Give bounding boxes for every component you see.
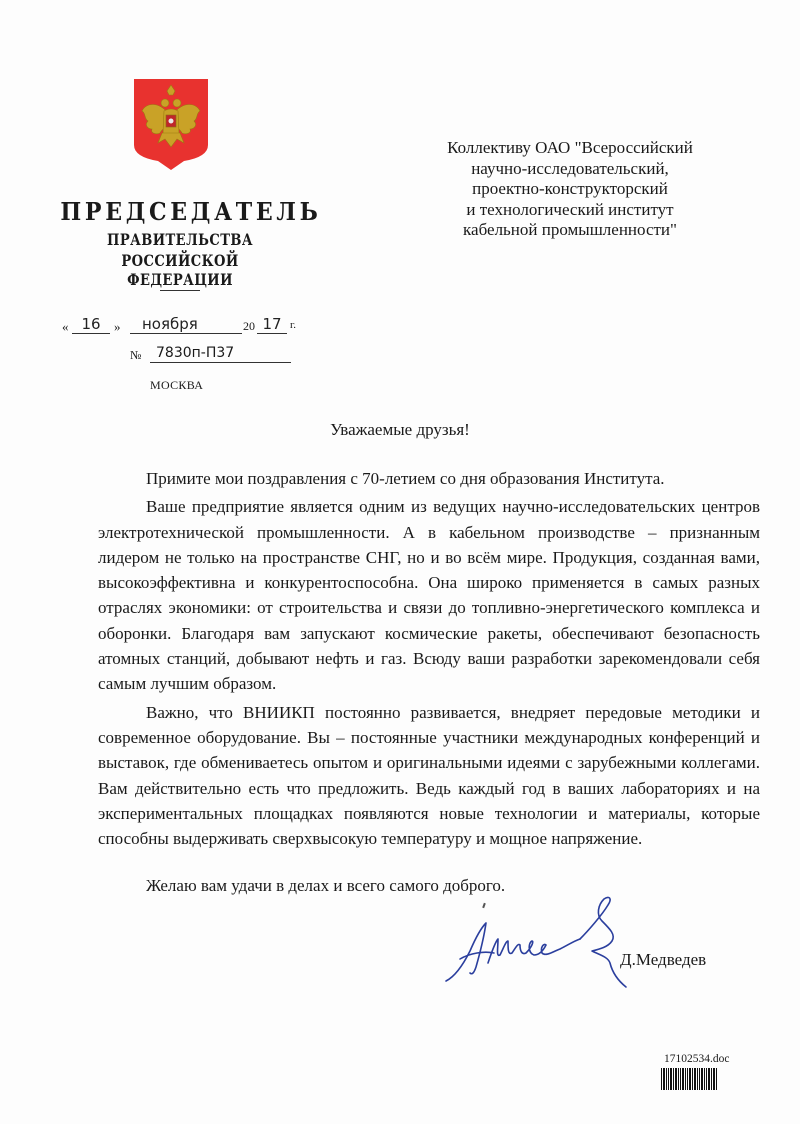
signer-name: Д.Медведев bbox=[620, 950, 706, 970]
city: МОСКВА bbox=[150, 378, 203, 393]
document-id: 17102534.doc bbox=[664, 1053, 729, 1065]
greeting: Уважаемые друзья! bbox=[0, 420, 800, 440]
handwritten-signature-icon bbox=[440, 893, 640, 993]
date-close-quote: » bbox=[114, 319, 121, 335]
addressee-line: и технологический институт bbox=[410, 200, 730, 221]
date-open-quote: « bbox=[62, 319, 69, 335]
addressee-block: Коллективу ОАО "Всероссийский научно-исс… bbox=[410, 138, 730, 241]
date-year: 17 bbox=[257, 316, 287, 334]
office-subtitle-line2: РОССИЙСКОЙ ФЕДЕРАЦИИ bbox=[73, 251, 286, 289]
reference-value: 7830п-П37 bbox=[150, 344, 291, 363]
body-paragraph: Важно, что ВНИИКП постоянно развивается,… bbox=[98, 700, 760, 852]
date-century: 20 bbox=[243, 319, 255, 334]
barcode-icon bbox=[661, 1068, 733, 1090]
date-month: ноября bbox=[130, 316, 242, 334]
addressee-line: научно-исследовательский, bbox=[410, 159, 730, 180]
addressee-line: проектно-конструкторский bbox=[410, 179, 730, 200]
addressee-line: Коллективу ОАО "Всероссийский bbox=[410, 138, 730, 159]
body-paragraph: Примите мои поздравления с 70-летием со … bbox=[98, 466, 760, 491]
letter-body: Примите мои поздравления с 70-летием со … bbox=[98, 466, 760, 851]
coat-of-arms-icon bbox=[132, 77, 210, 171]
number-sign: № bbox=[130, 348, 141, 363]
letter-page: ПРЕДСЕДАТЕЛЬ ПРАВИТЕЛЬСТВА РОССИЙСКОЙ ФЕ… bbox=[0, 0, 800, 1124]
office-title: ПРЕДСЕДАТЕЛЬ bbox=[60, 197, 299, 226]
addressee-line: кабельной промышленности" bbox=[410, 220, 730, 241]
header-divider bbox=[160, 290, 200, 291]
office-subtitle-line1: ПРАВИТЕЛЬСТВА bbox=[73, 230, 286, 249]
body-paragraph: Ваше предприятие является одним из ведущ… bbox=[98, 494, 760, 696]
date-day: 16 bbox=[72, 316, 110, 334]
date-year-suffix: г. bbox=[290, 319, 296, 331]
